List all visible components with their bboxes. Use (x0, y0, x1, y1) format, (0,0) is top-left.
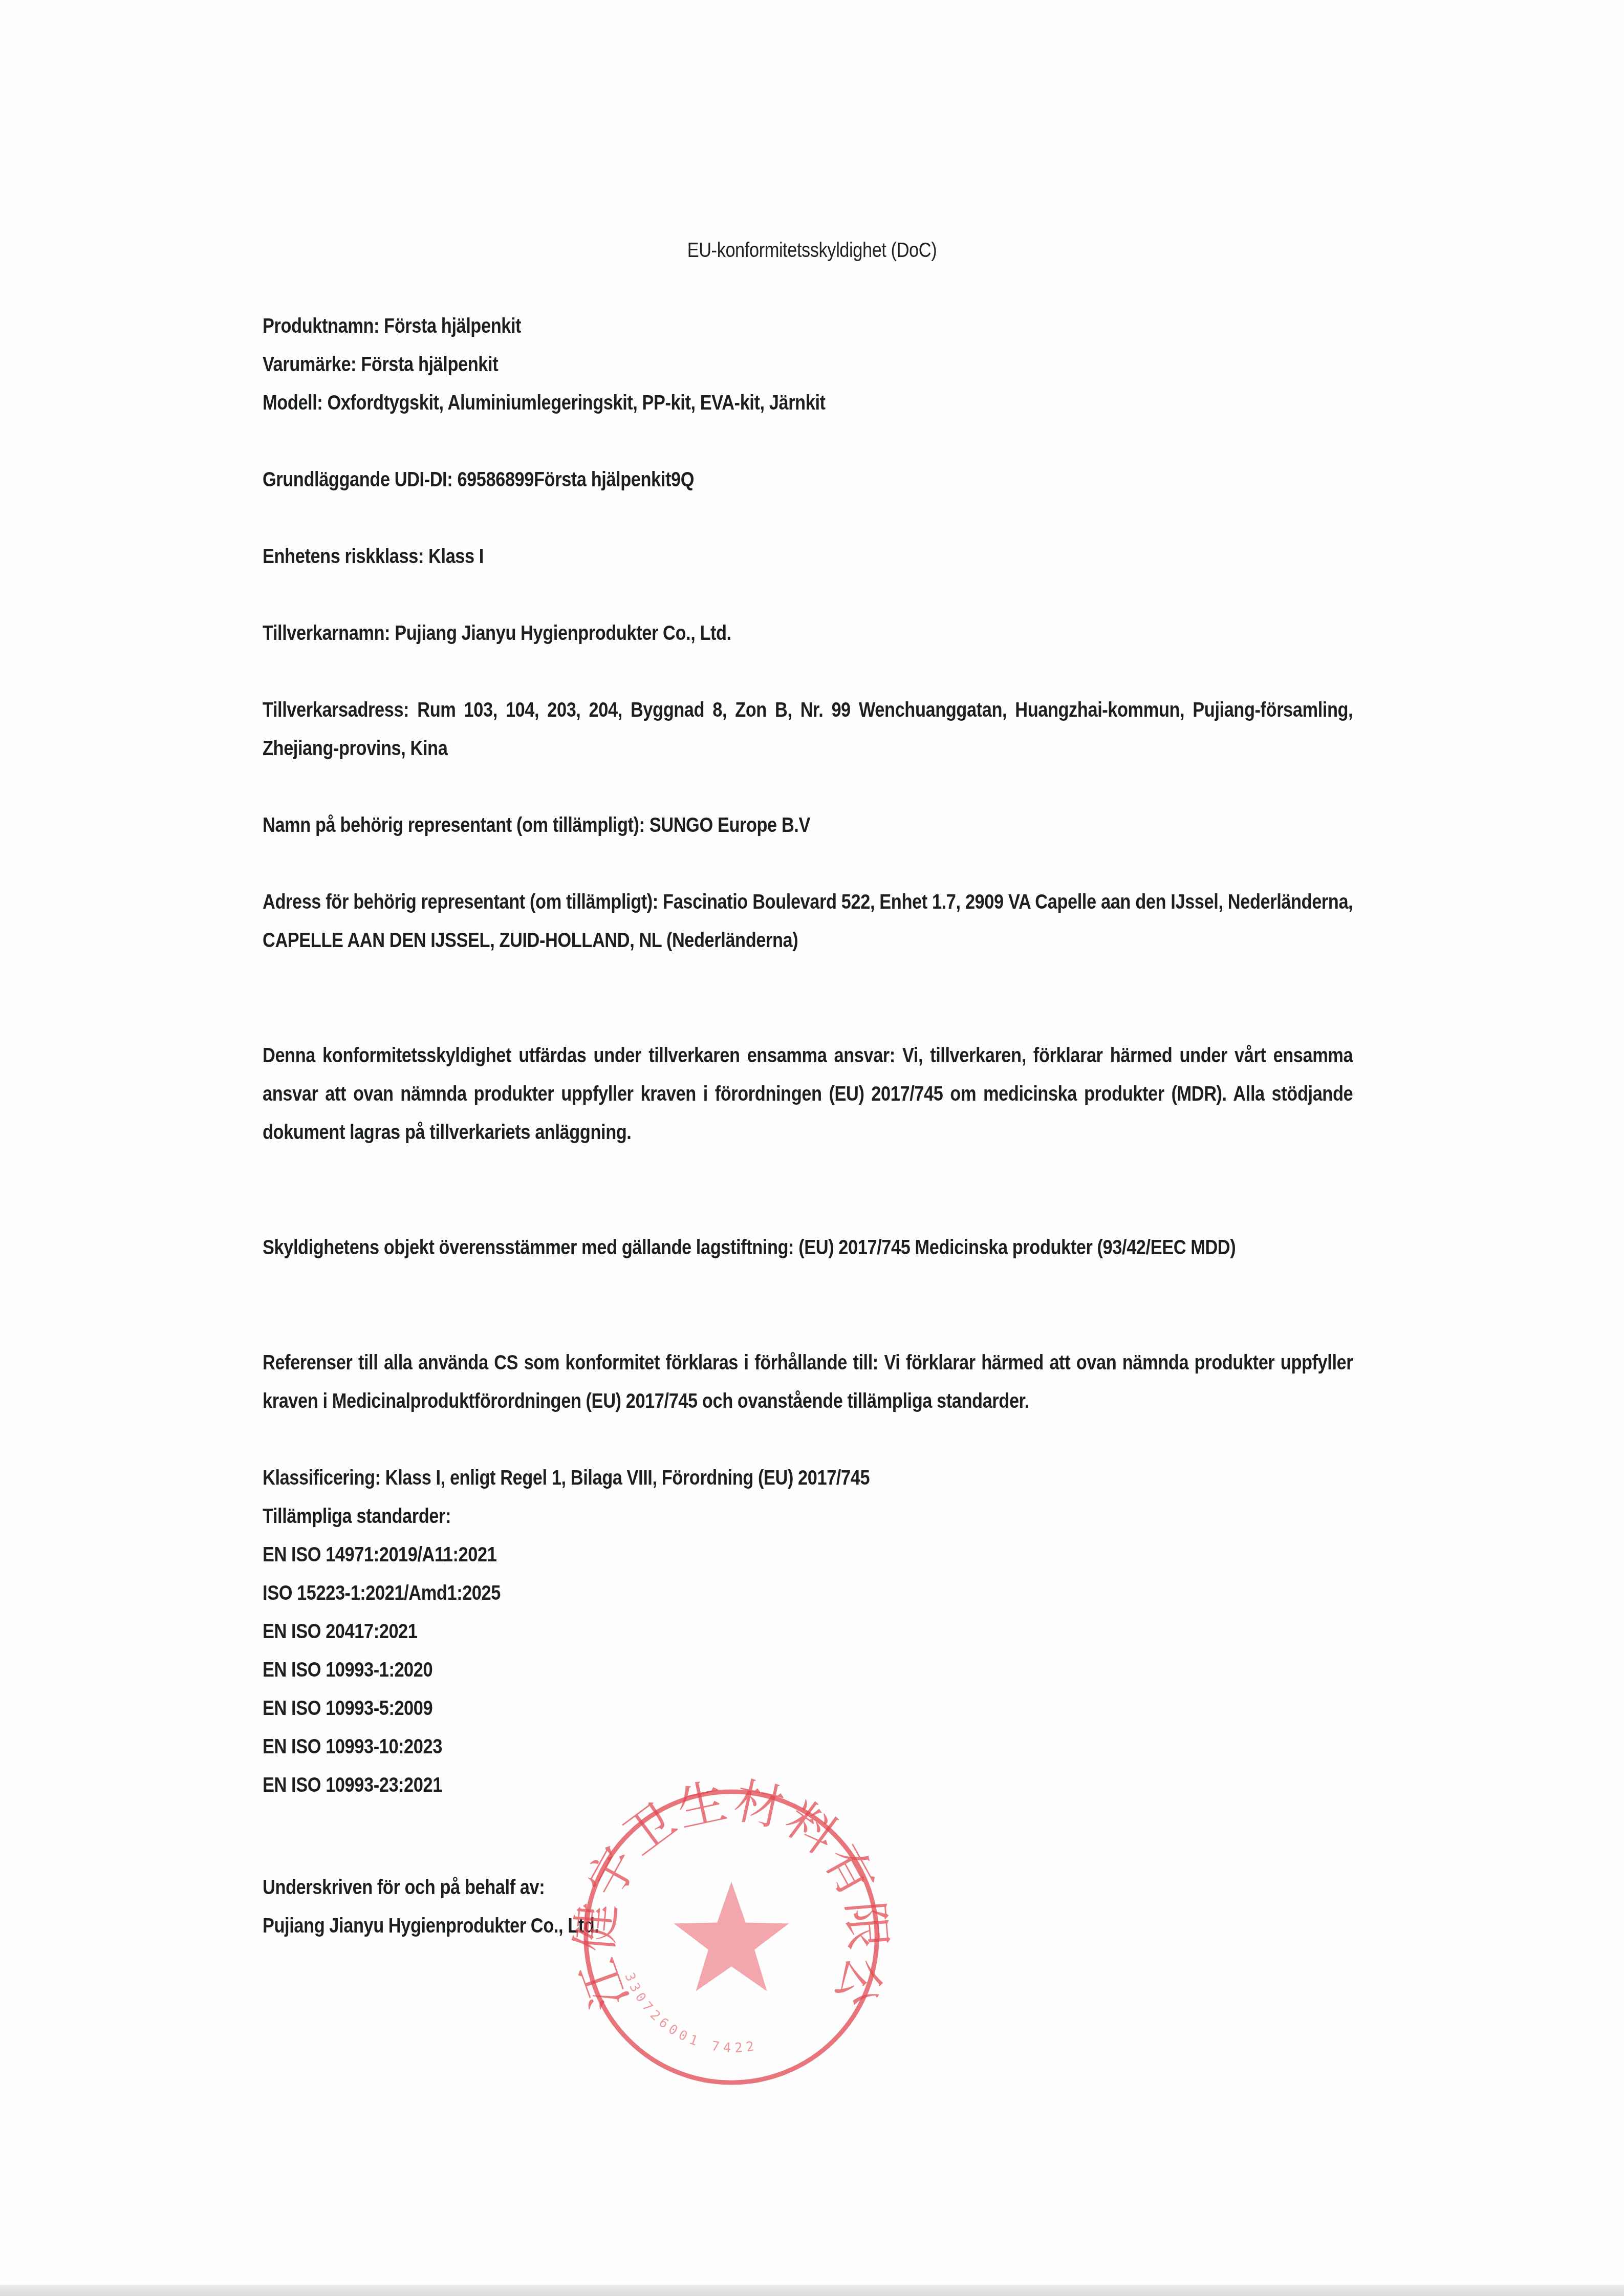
standards-heading: Tillämpliga standarder: (263, 1497, 482, 1536)
svg-text:330726001 7422: 330726001 7422 (621, 1970, 759, 2056)
document-title: EU-konformitetsskyldighet (DoC) (0, 231, 1624, 270)
standard-item: EN ISO 10993-1:2020 (263, 1651, 460, 1689)
standard-item: EN ISO 20417:2021 (263, 1613, 443, 1651)
signed-company-name: Pujiang Jianyu Hygienprodukter Co., Ltd. (263, 1907, 654, 1945)
risk-class-line: Enhetens riskklass: Klass I (263, 538, 519, 576)
svg-text:浦江健宇卫生材料有限公司: 浦江健宇卫生材料有限公司 (567, 1772, 896, 2016)
standard-item: EN ISO 10993-10:2023 (263, 1728, 471, 1766)
brand-line: Varumärke: Första hjälpenkit (263, 346, 536, 384)
product-name-line: Produktnamn: Första hjälpenkit (263, 307, 563, 346)
manufacturer-name-line: Tillverkarnamn: Pujiang Jianyu Hygienpro… (263, 614, 808, 653)
standard-item: EN ISO 14971:2019/A11:2021 (263, 1536, 535, 1574)
representative-address: Adress för behörig representant (om till… (263, 883, 1353, 960)
representative-name-line: Namn på behörig representant (om tillämp… (263, 806, 899, 845)
document-page: EU-konformitetsskyldighet (DoC) Produktn… (0, 0, 1624, 2296)
model-line: Modell: Oxfordtygskit, Aluminiumlegering… (263, 384, 917, 422)
udi-line: Grundläggande UDI-DI: 69586899Första hjä… (263, 461, 764, 499)
legislation-paragraph: Skyldighetens objekt överensstämmer med … (263, 1229, 1353, 1267)
classification-line: Klassificering: Klass I, enligt Regel 1,… (263, 1459, 968, 1497)
standard-item: EN ISO 10993-5:2009 (263, 1689, 460, 1728)
declaration-paragraph: Denna konformitetsskyldighet utfärdas un… (263, 1037, 1353, 1152)
manufacturer-address: Tillverkarsadress: Rum 103, 104, 203, 20… (263, 691, 1353, 768)
standard-item: EN ISO 10993-23:2021 (263, 1766, 471, 1805)
signed-on-behalf-label: Underskriven för och på behalf av: (263, 1869, 591, 1907)
scan-edge (0, 2285, 1624, 2296)
standard-item: ISO 15223-1:2021/Amd1:2025 (263, 1574, 539, 1613)
references-paragraph: Referenser till alla använda CS som konf… (263, 1344, 1353, 1421)
